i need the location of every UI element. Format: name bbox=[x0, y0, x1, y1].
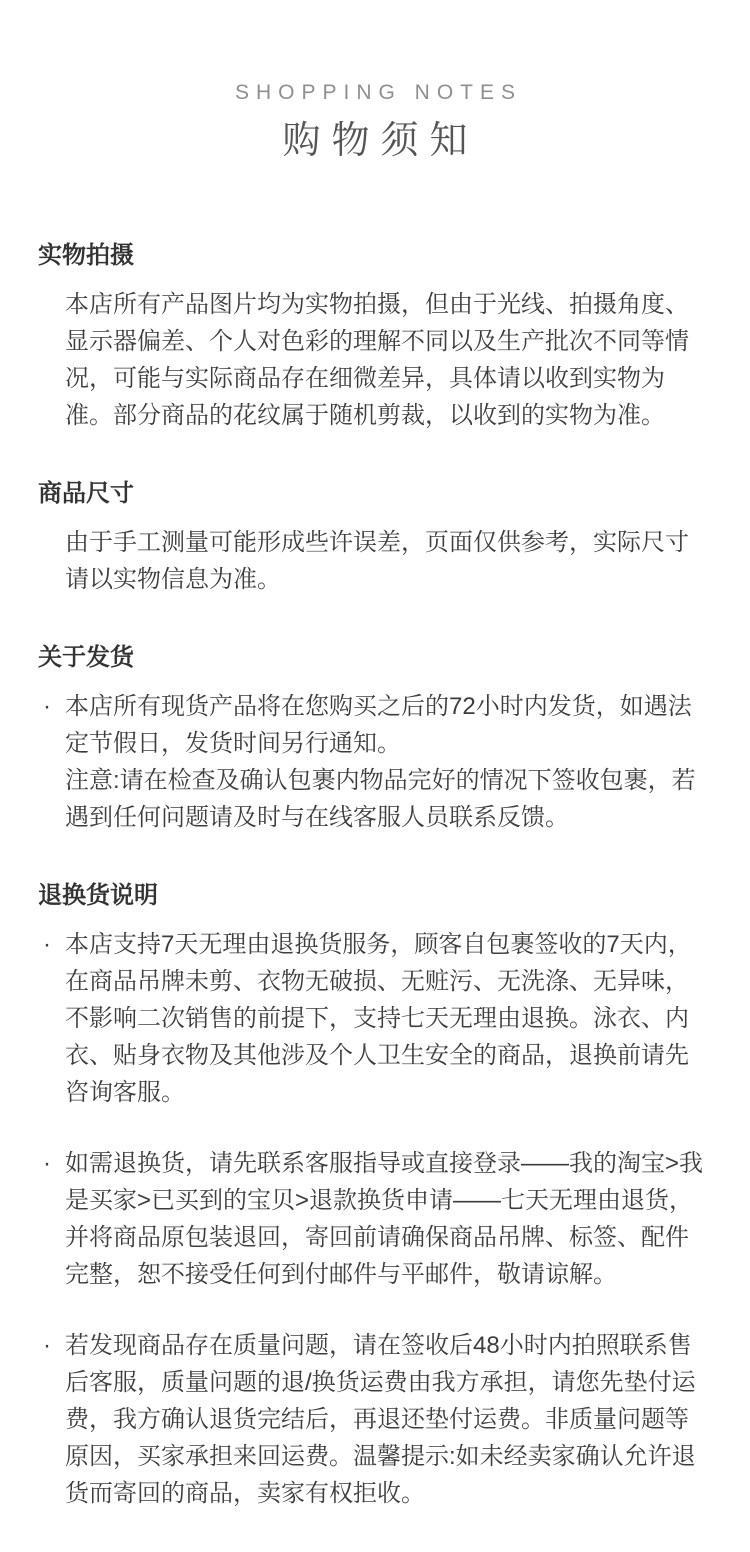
returns-bullet-text-2: 如需退换货，请先联系客服指导或直接登录——我的淘宝>我是买家>已买到的宝贝>退款… bbox=[65, 1145, 712, 1293]
shipping-bullet-text: 本店所有现货产品将在您购买之后的72小时内发货，如遇法定节假日，发货时间另行通知… bbox=[65, 688, 712, 762]
section-returns-heading: 退换货说明 bbox=[38, 880, 712, 912]
section-actual-photos-paragraph: 本店所有产品图片均为实物拍摄，但由于光线、拍摄角度、显示器偏差、个人对色彩的理解… bbox=[65, 286, 712, 434]
header-eyebrow: SHOPPING NOTES bbox=[38, 80, 712, 106]
returns-bullet-item-2: · 如需退换货，请先联系客服指导或直接登录——我的淘宝>我是买家>已买到的宝贝>… bbox=[38, 1145, 712, 1293]
shopping-notes-page: SHOPPING NOTES 购物须知 实物拍摄 本店所有产品图片均为实物拍摄，… bbox=[0, 0, 750, 1552]
page-header: SHOPPING NOTES 购物须知 bbox=[38, 80, 712, 166]
returns-bullet-body-2: 如需退换货，请先联系客服指导或直接登录——我的淘宝>我是买家>已买到的宝贝>退款… bbox=[65, 1145, 712, 1293]
shipping-bullet-body: 本店所有现货产品将在您购买之后的72小时内发货，如遇法定节假日，发货时间另行通知… bbox=[65, 688, 712, 836]
returns-bullet-body-1: 本店支持7天无理由退换货服务，顾客自包裹签收的7天内，在商品吊牌未剪、衣物无破损… bbox=[65, 926, 712, 1111]
section-returns: 退换货说明 · 本店支持7天无理由退换货服务，顾客自包裹签收的7天内，在商品吊牌… bbox=[38, 880, 712, 1512]
returns-bullet-text-3: 若发现商品存在质量问题，请在签收后48小时内拍照联系售后客服，质量问题的退/换货… bbox=[65, 1327, 712, 1512]
section-product-size-heading: 商品尺寸 bbox=[38, 478, 712, 510]
section-shipping-heading: 关于发货 bbox=[38, 642, 712, 674]
bullet-dot-icon: · bbox=[38, 1145, 65, 1182]
shipping-bullet-item: · 本店所有现货产品将在您购买之后的72小时内发货，如遇法定节假日，发货时间另行… bbox=[38, 688, 712, 836]
section-actual-photos: 实物拍摄 本店所有产品图片均为实物拍摄，但由于光线、拍摄角度、显示器偏差、个人对… bbox=[38, 240, 712, 434]
section-shipping: 关于发货 · 本店所有现货产品将在您购买之后的72小时内发货，如遇法定节假日，发… bbox=[38, 642, 712, 836]
bullet-dot-icon: · bbox=[38, 1327, 65, 1364]
returns-bullet-item-1: · 本店支持7天无理由退换货服务，顾客自包裹签收的7天内，在商品吊牌未剪、衣物无… bbox=[38, 926, 712, 1111]
bullet-dot-icon: · bbox=[38, 688, 65, 725]
page-title: 购物须知 bbox=[38, 116, 712, 166]
section-product-size-paragraph: 由于手工测量可能形成些许误差，页面仅供参考，实际尺寸请以实物信息为准。 bbox=[65, 524, 712, 598]
section-actual-photos-heading: 实物拍摄 bbox=[38, 240, 712, 272]
bullet-dot-icon: · bbox=[38, 926, 65, 963]
returns-bullet-body-3: 若发现商品存在质量问题，请在签收后48小时内拍照联系售后客服，质量问题的退/换货… bbox=[65, 1327, 712, 1512]
returns-bullet-text-1: 本店支持7天无理由退换货服务，顾客自包裹签收的7天内，在商品吊牌未剪、衣物无破损… bbox=[65, 926, 712, 1111]
section-product-size: 商品尺寸 由于手工测量可能形成些许误差，页面仅供参考，实际尺寸请以实物信息为准。 bbox=[38, 478, 712, 598]
shipping-bullet-note: 注意:请在检查及确认包裹内物品完好的情况下签收包裹，若遇到任何问题请及时与在线客… bbox=[65, 762, 712, 836]
returns-bullet-item-3: · 若发现商品存在质量问题，请在签收后48小时内拍照联系售后客服，质量问题的退/… bbox=[38, 1327, 712, 1512]
